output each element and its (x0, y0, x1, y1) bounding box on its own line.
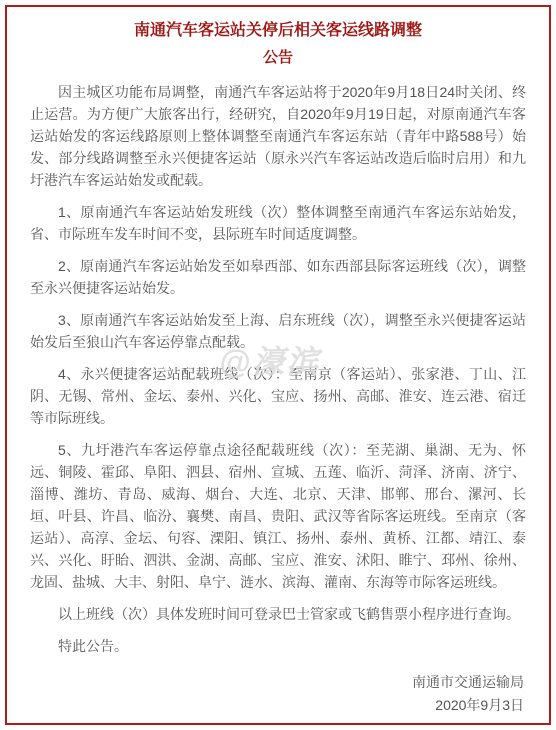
notice-page: 南通汽车客运站关停后相关客运线路调整 公告 因主城区功能布局调整，南通汽车客运站… (0, 0, 556, 730)
notice-paragraph-item4: 4、永兴便捷客运站配载班线（次）：至南京（客运站）、张家港、丁山、江阴、无锡、常… (30, 363, 526, 429)
signature-org: 南通市交通运输局 (30, 671, 524, 694)
notice-title: 南通汽车客运站关停后相关客运线路调整 (30, 17, 526, 44)
notice-paragraph-query: 以上班线（次）具体发班时间可登录巴士管家或飞鹤售票小程序进行查询。 (30, 603, 526, 625)
notice-paragraph-item5: 5、九圩港汽车客运停靠点途径配载班线（次）：至芜湖、巢湖、无为、怀远、铜陵、霍邱… (30, 439, 526, 593)
notice-paragraph-item2: 2、原南通汽车客运站始发至如皋西部、如东西部县际客运班线（次），调整至永兴便捷客… (30, 255, 526, 299)
notice-paragraph-closing: 特此公告。 (30, 635, 526, 657)
notice-paragraph-intro: 因主城区功能布局调整，南通汽车客运站将于2020年9月18日24时关闭、终止运营… (30, 81, 526, 191)
notice-paragraph-item1: 1、原南通汽车客运站始发班线（次）整体调整至南通汽车客运东站始发，省、市际班车发… (30, 201, 526, 245)
notice-sheet: 南通汽车客运站关停后相关客运线路调整 公告 因主城区功能布局调整，南通汽车客运站… (5, 5, 551, 725)
signature-block: 南通市交通运输局 2020年9月3日 (30, 671, 526, 717)
notice-paragraph-item3: 3、原南通汽车客运站始发至上海、启东班线（次），调整至永兴便捷客运站始发后至狼山… (30, 309, 526, 353)
notice-subtitle: 公告 (30, 44, 526, 71)
signature-date: 2020年9月3日 (30, 694, 524, 717)
notice-body: 因主城区功能布局调整，南通汽车客运站将于2020年9月18日24时关闭、终止运营… (30, 81, 526, 657)
